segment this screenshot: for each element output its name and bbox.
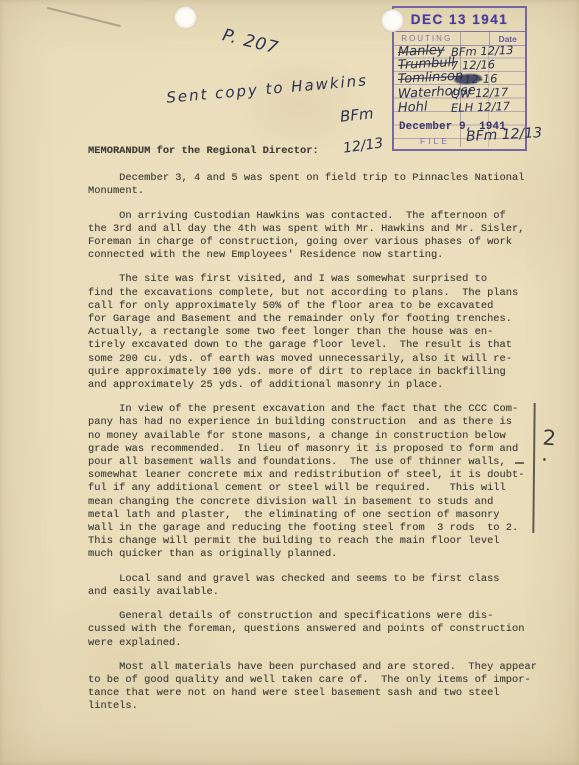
- memo-paragraph: The site was first visited, and I was so…: [88, 273, 558, 392]
- memo-paragraph: December 3, 4 and 5 was spent on field t…: [88, 172, 558, 198]
- punch-hole: [174, 6, 197, 29]
- file-label: FILE: [420, 136, 450, 146]
- handwritten-initials: BFm: [339, 104, 374, 125]
- punch-hole: [381, 9, 404, 32]
- margin-note: 2 .: [541, 430, 557, 463]
- handwritten-sent-copy-note: Sent copy to Hawkins: [166, 71, 369, 107]
- routing-date: ELH 12/17: [451, 101, 510, 114]
- handwritten-file-number: P. 207: [220, 25, 280, 58]
- pencil-dash: [515, 462, 524, 464]
- routing-stamp: DEC 13 1941 ROUTING Date Manley BFm 12/1…: [392, 6, 527, 151]
- memo-paragraph: On arriving Custodian Hawkins was contac…: [88, 210, 558, 263]
- memo-paragraph: In view of the present excavation and th…: [88, 403, 558, 561]
- memo-paragraph: Most all materials have been purchased a…: [88, 661, 558, 714]
- routing-date: BFm 12/13: [451, 45, 514, 58]
- scanned-memo-page: DEC 13 1941 ROUTING Date Manley BFm 12/1…: [0, 0, 579, 765]
- file-date-handwriting: BFm 12/13: [466, 125, 543, 145]
- routing-date: QW 12/17: [451, 87, 509, 100]
- memo-body: MEMORANDUM for the Regional Director: De…: [88, 145, 558, 725]
- pencil-scratch-mark: [47, 7, 121, 27]
- memo-paragraph: General details of construction and spec…: [88, 610, 558, 650]
- routing-name: Hohl: [398, 101, 428, 115]
- memo-paragraph: Local sand and gravel was checked and se…: [88, 573, 558, 599]
- received-date-stamp: DEC 13 1941: [394, 8, 525, 32]
